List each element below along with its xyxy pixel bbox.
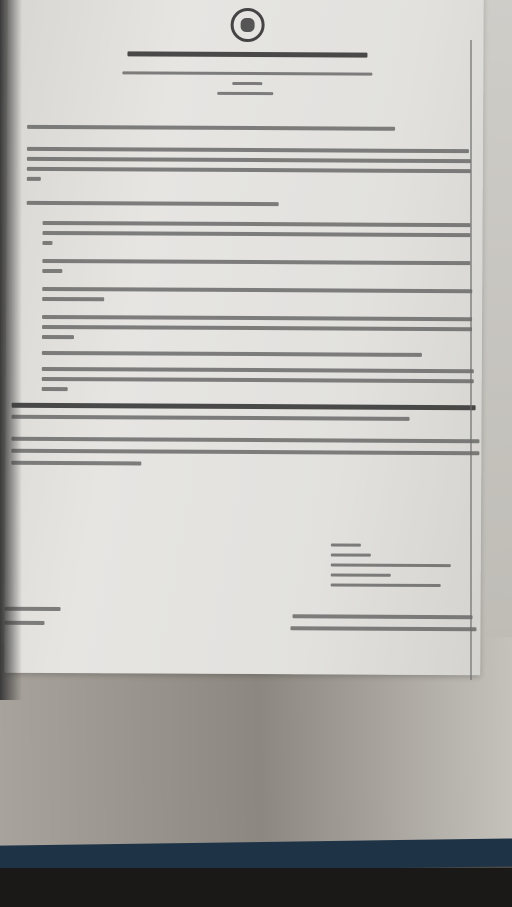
dark-surface xyxy=(0,868,512,907)
page-fold-shadow xyxy=(0,0,22,700)
emblem-icon xyxy=(231,8,265,42)
document-page xyxy=(4,0,484,675)
page-edge-line xyxy=(470,40,472,680)
